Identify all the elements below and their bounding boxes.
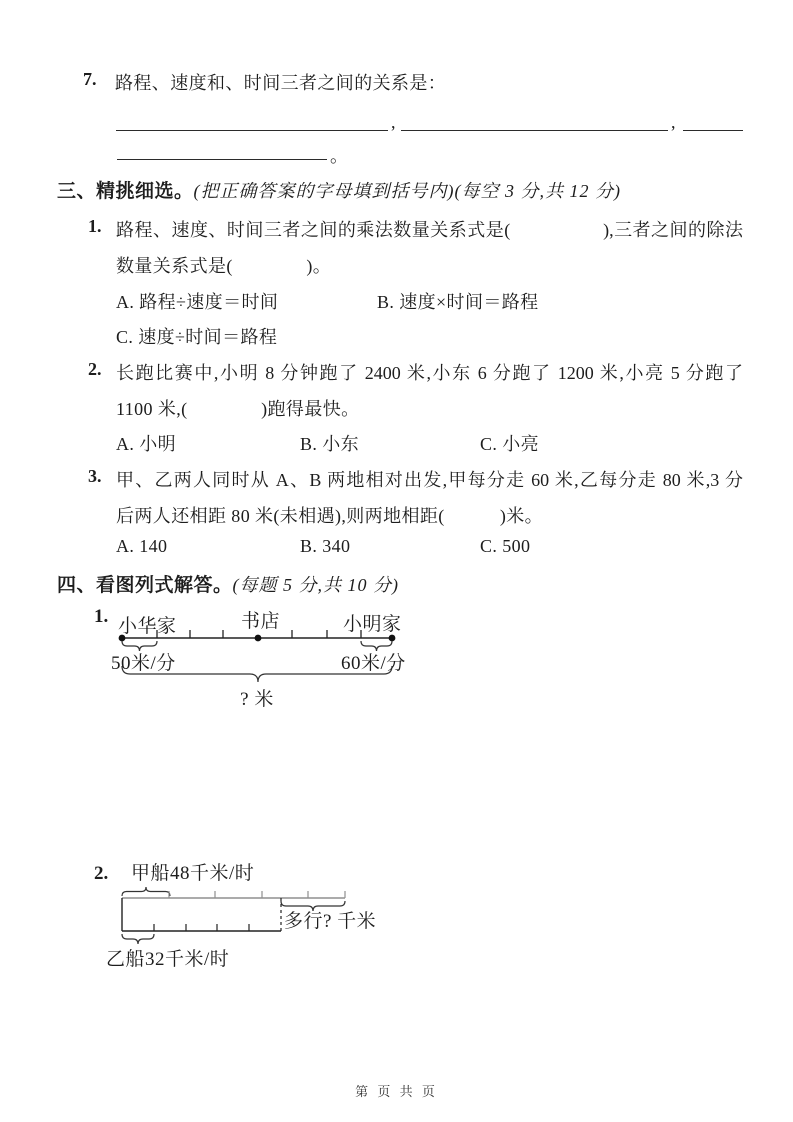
q7-separator-2: , <box>671 112 676 133</box>
s3-q1-option-c: C. 速度÷时间＝路程 <box>116 323 277 349</box>
s3-q1-option-a: A. 路程÷速度＝时间 <box>116 288 278 314</box>
d2-extra-distance-label: 多行? 千米 <box>284 906 376 933</box>
section3-header: 三、精挑细选。(把正确答案的字母填到括号内)(每空 3 分,共 12 分) <box>57 176 621 203</box>
q7-answer-blank-1 <box>116 118 388 131</box>
q7-answer-blank-3 <box>683 118 743 131</box>
s3-q3-option-c: C. 500 <box>480 536 530 557</box>
q7-text: 路程、速度和、时间三者之间的关系是： <box>115 69 446 95</box>
s3-q2-option-b: B. 小东 <box>300 430 359 456</box>
d2-boat-b-ticks <box>154 924 249 931</box>
s3-q2-number: 2. <box>88 359 102 380</box>
q7-answer-blank-4 <box>117 147 327 160</box>
s3-q1-number: 1. <box>88 216 102 237</box>
s3-q3-number: 3. <box>88 466 102 487</box>
s3-q2-option-a: A. 小明 <box>116 430 176 456</box>
s3-q1-line2: 数量关系式是( )。 <box>116 252 331 278</box>
s3-q2-line2: 1100 米,( )跑得最快。 <box>116 395 360 421</box>
section4-header: 四、看图列式解答。(每题 5 分,共 10 分) <box>57 570 399 597</box>
q7-number: 7. <box>83 69 97 90</box>
d2-boat-b-speed-label: 乙船32千米/时 <box>106 944 229 971</box>
s3-q2-option-c: C. 小亮 <box>480 430 539 456</box>
s3-q3-option-b: B. 340 <box>300 536 350 557</box>
q7-answer-blank-2 <box>401 118 668 131</box>
s3-q2-line1: 长跑比赛中,小明 8 分钟跑了 2400 米,小东 6 分跑了 1200 米,小… <box>116 359 743 385</box>
q7-separator-1: , <box>391 112 396 133</box>
d2-boat-b-segment-brace <box>122 934 154 944</box>
d2-boat-a-ticks <box>169 891 345 898</box>
section3-title: 三、精挑细选。 <box>57 180 194 202</box>
s3-q1-line1: 路程、速度、时间三者之间的乘法数量关系式是( ),三者之间的除法 <box>116 216 743 242</box>
d2-boat-a-segment-brace <box>122 887 170 896</box>
s3-q3-line1: 甲、乙两人同时从 A、B 两地相对出发,甲每分走 60 米,乙每分走 80 米,… <box>116 466 743 492</box>
section3-instructions: (把正确答案的字母填到括号内)(每空 3 分,共 12 分) <box>194 181 621 201</box>
page-footer: 第 页 共 页 <box>0 1081 793 1100</box>
s3-q1-option-b: B. 速度×时间＝路程 <box>377 288 539 314</box>
section4-title: 四、看图列式解答。 <box>57 574 233 596</box>
section4-instructions: (每题 5 分,共 10 分) <box>233 575 400 595</box>
worksheet-page: 7. 路程、速度和、时间三者之间的关系是： , , 。 三、精挑细选。(把正确答… <box>0 0 793 1122</box>
d1-total-question-label: ? 米 <box>207 684 307 711</box>
s3-q3-line2: 后两人还相距 80 米(未相遇),则两地相距( )米。 <box>116 502 543 528</box>
q7-end-mark: 。 <box>330 142 348 168</box>
d1-speed-right-label: 60米/分 <box>341 648 406 675</box>
d1-speed-left-label: 50米/分 <box>111 648 176 675</box>
s3-q3-option-a: A. 140 <box>116 536 167 557</box>
